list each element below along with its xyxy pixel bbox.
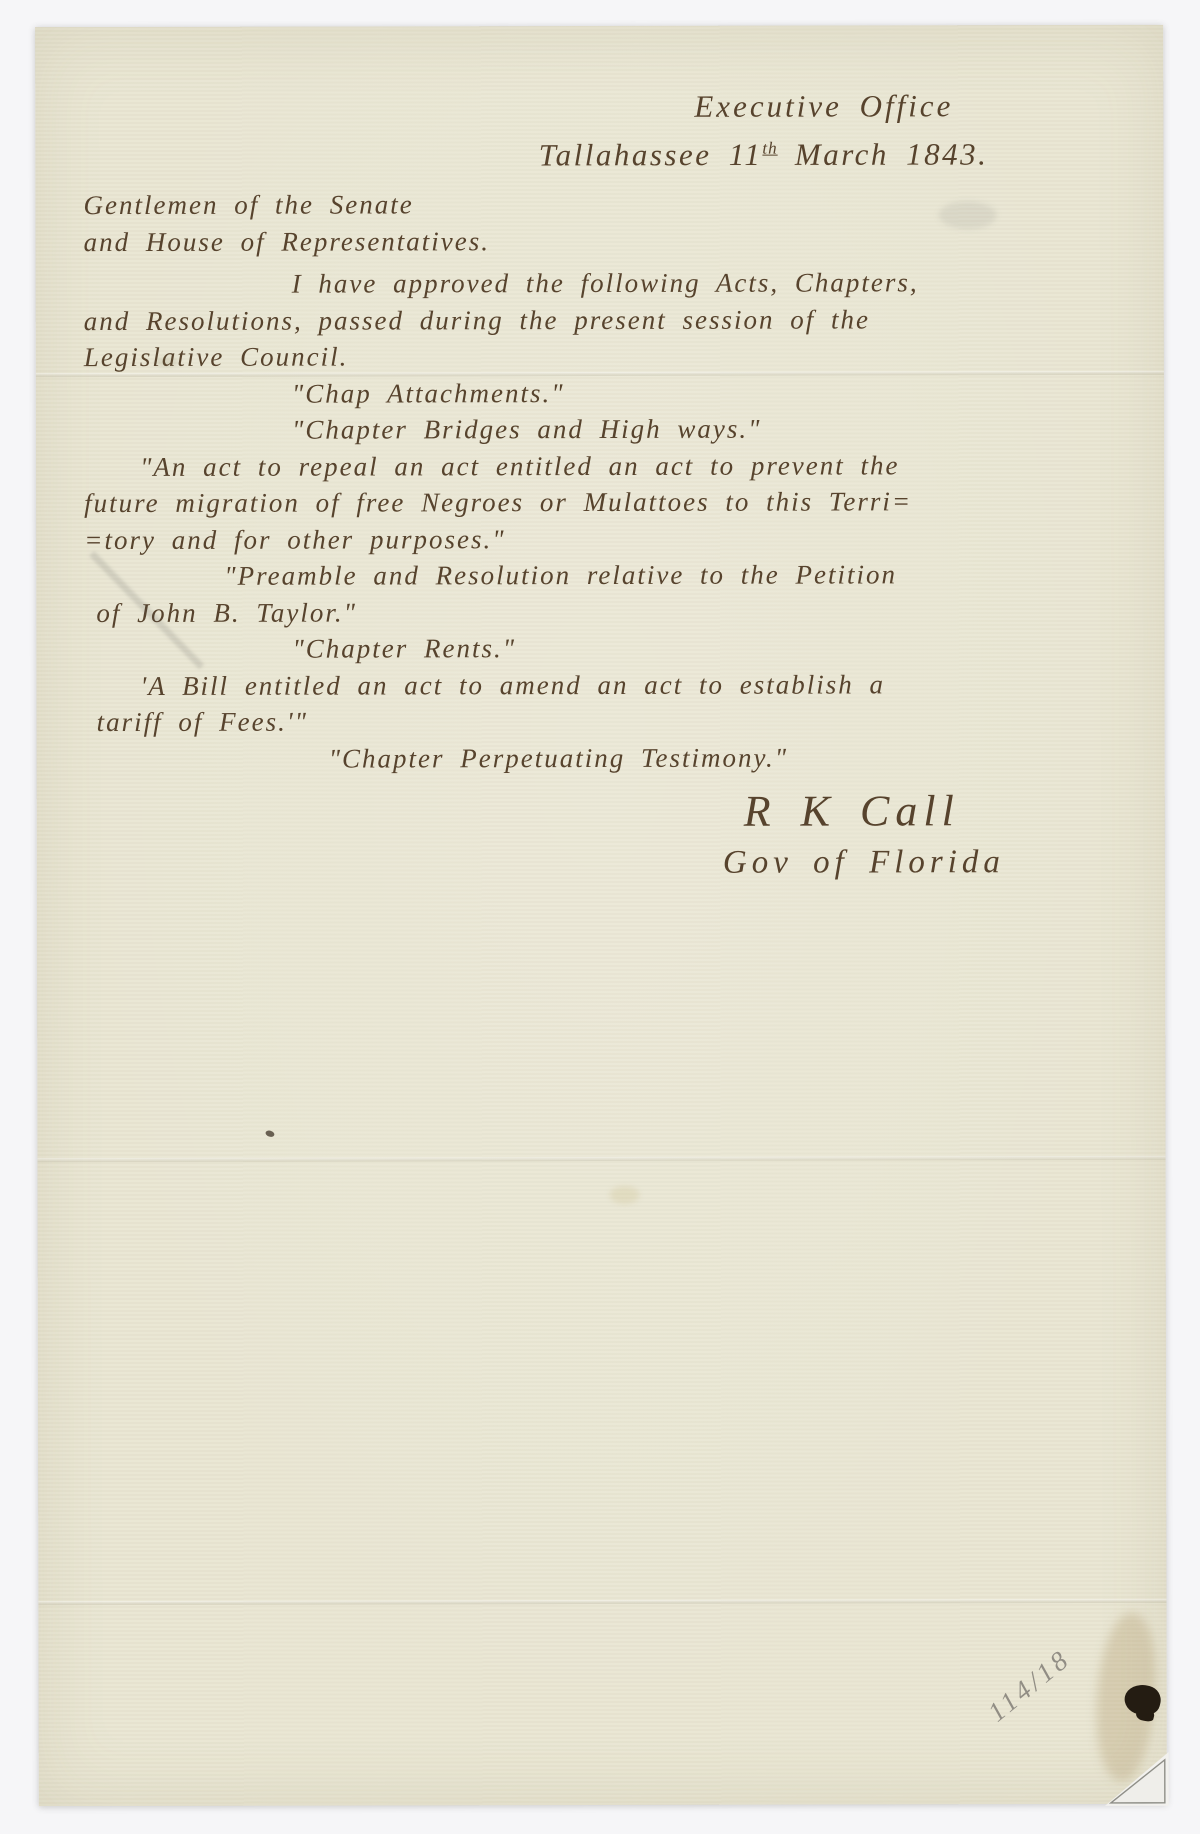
letter-line: Legislative Council.	[84, 337, 1124, 376]
letter-line: 'A Bill entitled an act to amend an act …	[84, 666, 1124, 705]
letter-line: "Chapter Perpetuating Testimony."	[85, 739, 1125, 778]
dateline: Tallahassee 11th March 1843.	[83, 127, 988, 177]
letter-heading: Executive Office Tallahassee 11th March …	[83, 85, 1123, 178]
letter-line: =tory and for other purposes."	[84, 520, 1124, 559]
letter-line: "Chapter Bridges and High ways."	[84, 410, 1124, 449]
letter-line: and Resolutions, passed during the prese…	[84, 301, 1124, 340]
dateline-month-year: March 1843.	[778, 137, 989, 172]
document-page: Executive Office Tallahassee 11th March …	[35, 25, 1167, 1806]
letter-content: Executive Office Tallahassee 11th March …	[35, 25, 1167, 1806]
signature-title: Gov of Florida	[85, 839, 1005, 887]
letter-line: "An act to repeal an act entitled an act…	[84, 447, 1124, 486]
letter-line: "Preamble and Resolution relative to the…	[84, 556, 1124, 595]
stain-spot	[610, 1186, 640, 1204]
dateline-ordinal: th	[762, 139, 777, 158]
torn-corner	[1077, 1748, 1169, 1806]
letter-line: I have approved the following Acts, Chap…	[84, 264, 1124, 303]
letter-line: future migration of free Negroes or Mula…	[84, 483, 1124, 522]
letter-line: "Chapter Rents."	[84, 629, 1124, 668]
stain-spot	[156, 357, 178, 367]
dateline-place-day: Tallahassee 11	[539, 137, 763, 172]
signature-block: R K Call Gov of Florida	[85, 783, 1125, 887]
letter-line: "Chap Attachments."	[84, 374, 1124, 413]
gray-smudge	[939, 201, 997, 229]
letter-body: I have approved the following Acts, Chap…	[84, 264, 1125, 777]
document-scan: Executive Office Tallahassee 11th March …	[0, 0, 1200, 1834]
signature-name: R K Call	[85, 784, 960, 842]
letter-line: of John B. Taylor."	[84, 593, 1124, 632]
letter-line: tariff of Fees.'"	[85, 702, 1125, 741]
executive-office-line: Executive Office	[83, 85, 953, 129]
